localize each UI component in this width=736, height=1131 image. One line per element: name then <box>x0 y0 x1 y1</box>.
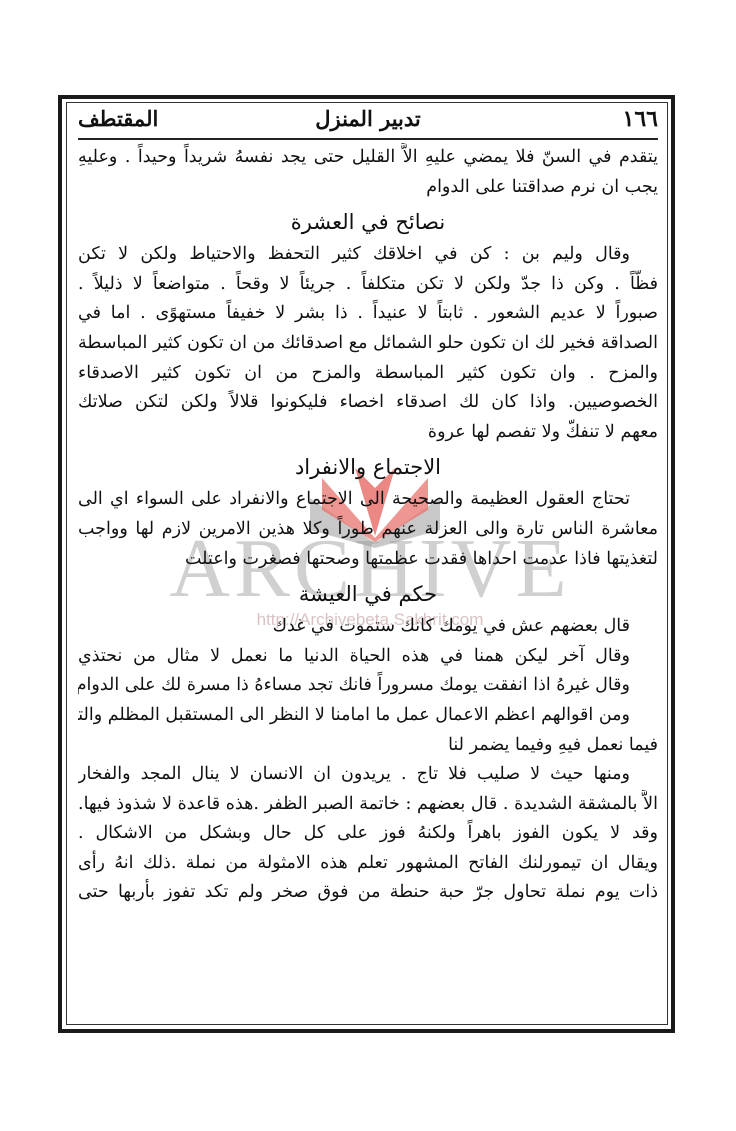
text-line: تحتاج العقول العظيمة والصحيحة الى الاجتم… <box>78 485 658 515</box>
text-line: معهم لا تنفكّ ولا تفصم لها عروة <box>78 418 658 448</box>
text-line: ويقال ان تيمورلنك الفاتح المشهور تعلم هذ… <box>78 849 658 879</box>
text-line: وقال آخر ليكن همنا في هذه الحياة الدنيا … <box>78 642 658 672</box>
text-line: ومن اقوالهم اعظم الاعمال عمل ما امامنا ل… <box>78 701 658 731</box>
text-line: والمزح . وان تكون كثير المباسطة والمزح م… <box>78 359 658 389</box>
text-line: لتغذيتها فاذا عدمت احداها فقدت عظمتها وص… <box>78 545 658 575</box>
text-line: وقد لا يكون الفوز باهراً ولكنهُ فوز على … <box>78 819 658 849</box>
text-line: صبوراً لا عديم الشعور . ثابتاً لا عنيداً… <box>78 299 658 329</box>
text-line: يتقدم في السنّ فلا يمضي عليهِ الاَّ القل… <box>78 143 658 173</box>
text-line: وقال وليم بن : كن في اخلاقك كثير التحفظ … <box>78 240 658 270</box>
text-line: فظّاً . وكن ذا جدّ ولكن لا تكن متكلفاً .… <box>78 270 658 300</box>
section-title: تدبير المنزل <box>78 106 658 131</box>
text-line: الصداقة فخير لك ان تكون حلو الشمائل مع ا… <box>78 329 658 359</box>
text-line: ذات يوم نملة تحاول جرّ حبة حنطة من فوق ص… <box>78 878 658 908</box>
running-header: ١٦٦ تدبير المنزل المقتطف <box>78 106 658 138</box>
text-line: قال بعضهم عش في يومك كانك ستموت في غدك <box>78 612 658 642</box>
text-line: وقال غيرهُ اذا انفقت يومك مسروراً فانك ت… <box>78 671 658 701</box>
text-line: الاَّ بالمشقة الشديدة . قال بعضهم : خاتم… <box>78 790 658 820</box>
section-heading: نصائح في العشرة <box>78 202 658 240</box>
text-line: يجب ان نرم صداقتنا على الدوام <box>78 173 658 203</box>
text-line: فيما نعمل فيهِ وفيما يضمر لنا <box>78 731 658 761</box>
text-line: معاشرة الناس تارة والى العزلة عنهم طوراً… <box>78 515 658 545</box>
article-body: يتقدم في السنّ فلا يمضي عليهِ الاَّ القل… <box>78 143 658 908</box>
text-line: ومنها حيث لا صليب فلا تاج . يريدون ان ال… <box>78 760 658 790</box>
text-line: الخصوصيين. واذا كان لك اصدقاء اخصاء فليك… <box>78 388 658 418</box>
header-divider <box>78 138 658 140</box>
section-heading: حكم في العيشة <box>78 574 658 612</box>
journal-name: المقتطف <box>78 106 158 131</box>
section-heading: الاجتماع والانفراد <box>78 447 658 485</box>
